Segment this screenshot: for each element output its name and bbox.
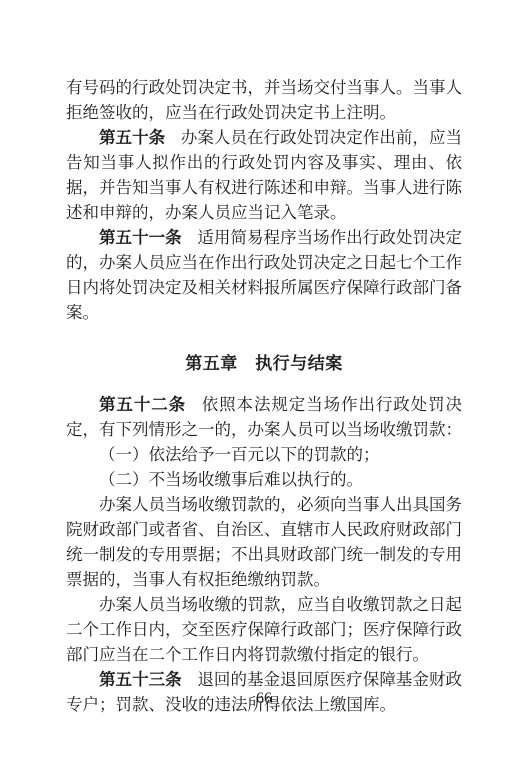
- page-number: 66: [0, 690, 528, 708]
- document-page: 有号码的行政处罚决定书，并当场交付当事人。当事人拒绝签收的，应当在行政处罚决定书…: [0, 0, 528, 767]
- chapter-heading: 第五章 执行与结案: [66, 351, 462, 376]
- paragraph-receipt-rule: 办案人员当场收缴罚款的，必须向当事人出具国务院财政部门或者省、自治区、直辖市人民…: [66, 492, 462, 592]
- list-item-1: （一）依法给予一百元以下的罚款的；: [66, 442, 462, 467]
- article-number-50: 第五十条: [99, 128, 165, 147]
- paragraph-article-51: 第五十一条适用简易程序当场作出行政处罚决定的，办案人员应当在作出行政处罚决定之日…: [66, 225, 462, 325]
- paragraph-text: （一）依法给予一百元以下的罚款的；: [99, 445, 380, 464]
- paragraph-text: （二）不当场收缴事后难以执行的。: [99, 470, 363, 489]
- article-number-51: 第五十一条: [99, 228, 182, 247]
- paragraph-text: 有号码的行政处罚决定书，并当场交付当事人。当事人拒绝签收的，应当在行政处罚决定书…: [66, 78, 462, 122]
- paragraph-fine-transfer: 办案人员当场收缴的罚款，应当自收缴罚款之日起二个工作日内，交至医疗保障行政部门；…: [66, 592, 462, 667]
- list-item-2: （二）不当场收缴事后难以执行的。: [66, 467, 462, 492]
- document-body: 有号码的行政处罚决定书，并当场交付当事人。当事人拒绝签收的，应当在行政处罚决定书…: [66, 75, 462, 717]
- paragraph-text: 办案人员当场收缴的罚款，应当自收缴罚款之日起二个工作日内，交至医疗保障行政部门；…: [66, 595, 462, 664]
- paragraph-text: 办案人员当场收缴罚款的，必须向当事人出具国务院财政部门或者省、自治区、直辖市人民…: [66, 495, 462, 589]
- article-number-53: 第五十三条: [99, 670, 182, 689]
- paragraph-article-52: 第五十二条依照本法规定当场作出行政处罚决定，有下列情形之一的，办案人员可以当场收…: [66, 392, 462, 442]
- paragraph-article-50: 第五十条办案人员在行政处罚决定作出前，应当告知当事人拟作出的行政处罚内容及事实、…: [66, 125, 462, 225]
- paragraph-continuation: 有号码的行政处罚决定书，并当场交付当事人。当事人拒绝签收的，应当在行政处罚决定书…: [66, 75, 462, 125]
- article-number-52: 第五十二条: [99, 395, 186, 414]
